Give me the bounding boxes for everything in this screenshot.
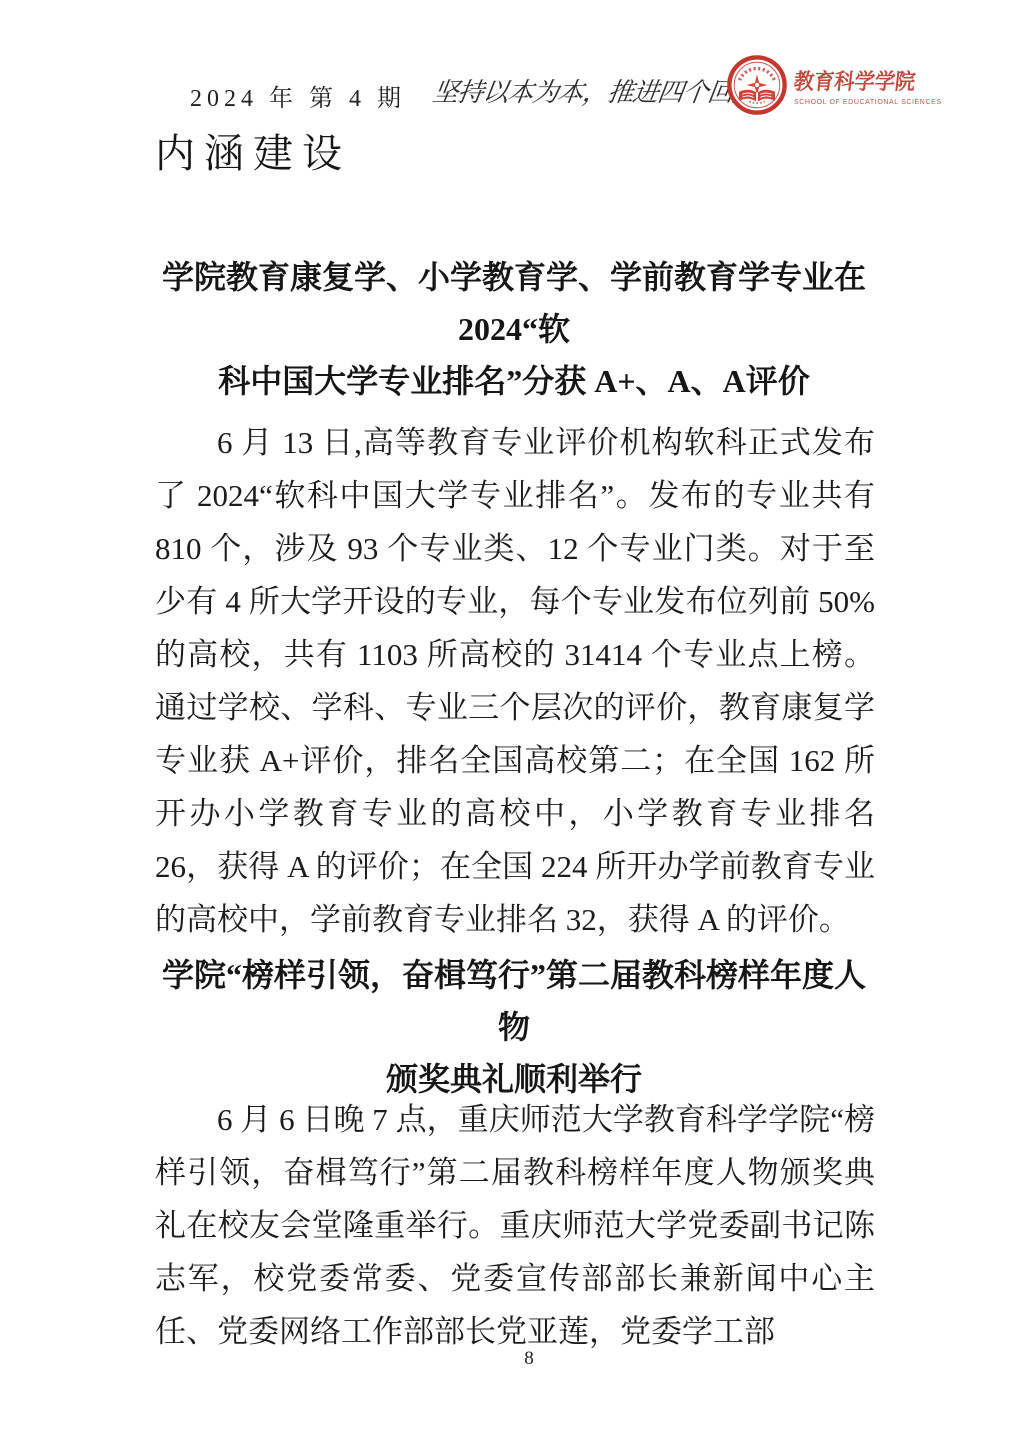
page-footer: 8 <box>34 1348 1024 1370</box>
document-page: 2024 年 第 4 期 坚持以本为本，推进四个回归 教育科学学院 SCHOOL… <box>0 0 1024 1448</box>
article-1-title-line-2: 科中国大学专业排名”分获 A+、A、A评价 <box>154 355 874 407</box>
page-number: 8 <box>524 1348 534 1369</box>
issue-number: 2024 年 第 4 期 <box>190 78 406 113</box>
logo-name-cn: 教育科学学院 <box>792 65 931 96</box>
article-1-title-line-1: 学院教育康复学、小学教育学、学前教育学专业在 2024“软 <box>154 251 874 355</box>
article-1-title: 学院教育康复学、小学教育学、学前教育学专业在 2024“软 科中国大学专业排名”… <box>154 251 874 407</box>
logo-text: 教育科学学院 SCHOOL OF EDUCATIONAL SCIENCES <box>794 65 942 106</box>
school-logo: 教育科学学院 SCHOOL OF EDUCATIONAL SCIENCES <box>726 54 942 116</box>
logo-name-en: SCHOOL OF EDUCATIONAL SCIENCES <box>794 99 942 106</box>
page-header: 2024 年 第 4 期 坚持以本为本，推进四个回归 教育科学学院 SCHOOL… <box>0 52 1024 122</box>
article-2-title-line-1: 学院“榜样引领，奋楫笃行”第二届教科榜样年度人物 <box>154 949 874 1053</box>
school-emblem-icon <box>726 54 788 116</box>
header-slogan: 坚持以本为本，推进四个回归 <box>430 72 760 109</box>
section-title: 内涵建设 <box>155 122 351 179</box>
article-1-body: 6 月 13 日,高等教育专业评价机构软科正式发布了 2024“软科中国大学专业… <box>155 416 875 946</box>
article-2-title: 学院“榜样引领，奋楫笃行”第二届教科榜样年度人物 颁奖典礼顺利举行 <box>154 949 874 1105</box>
article-2-body: 6 月 6 日晚 7 点，重庆师范大学教育科学学院“榜样引领，奋楫笃行”第二届教… <box>155 1093 875 1358</box>
